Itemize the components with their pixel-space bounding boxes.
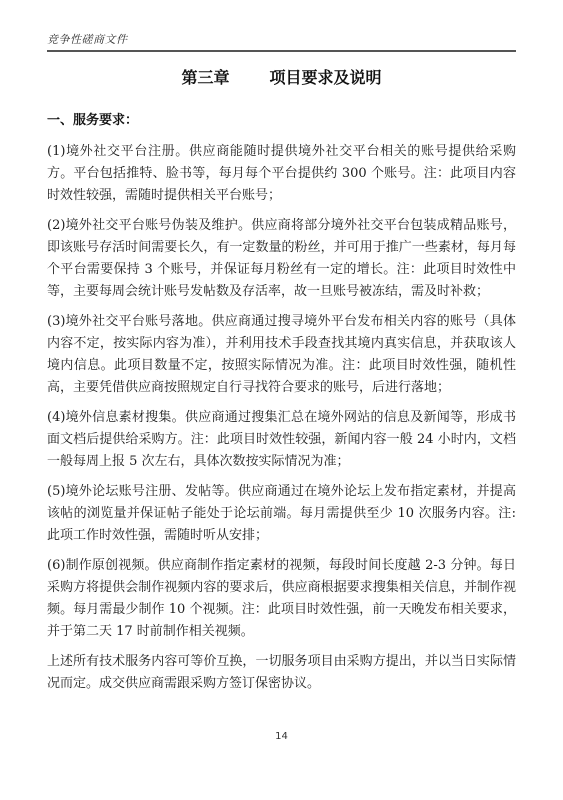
body-paragraph-2: (2)境外社交平台账号伪装及维护。供应商将部分境外社交平台包装成精品账号，即该账… <box>47 215 516 303</box>
body-paragraph-6: (6)制作原创视频。供应商制作指定素材的视频，每段时间长度越 2-3 分钟。每日… <box>47 555 516 643</box>
chapter-title: 第三章项目要求及说明 <box>47 65 516 88</box>
body-paragraph-1: (1)境外社交平台注册。供应商能随时提供境外社交平台相关的账号提供给采购方。平台… <box>47 141 516 207</box>
body-paragraph-3: (3)境外社交平台账号落地。供应商通过搜寻境外平台发布相关内容的账号（具体内容不… <box>47 311 516 399</box>
running-header: 竞争性磋商文件 <box>47 31 516 52</box>
running-header-text: 竞争性磋商文件 <box>47 33 128 46</box>
closing-paragraph: 上述所有技术服务内容可等价互换，一切服务项目由采购方提出，并以当日实际情况而定。… <box>47 651 516 695</box>
body-paragraph-5: (5)境外论坛账号注册、发帖等。供应商通过在境外论坛上发布指定素材，并提高该帖的… <box>47 481 516 547</box>
document-page: 竞争性磋商文件 第三章项目要求及说明 一、服务要求： (1)境外社交平台注册。供… <box>0 0 563 800</box>
body-paragraph-4: (4)境外信息素材搜集。供应商通过搜集汇总在境外网站的信息及新闻等，形成书面文档… <box>47 407 516 473</box>
page-number: 14 <box>0 731 563 742</box>
chapter-name: 项目要求及说明 <box>270 68 382 87</box>
chapter-number: 第三章 <box>181 65 229 88</box>
section-heading: 一、服务要求： <box>47 109 516 128</box>
body-text: (1)境外社交平台注册。供应商能随时提供境外社交平台相关的账号提供给采购方。平台… <box>47 141 516 695</box>
